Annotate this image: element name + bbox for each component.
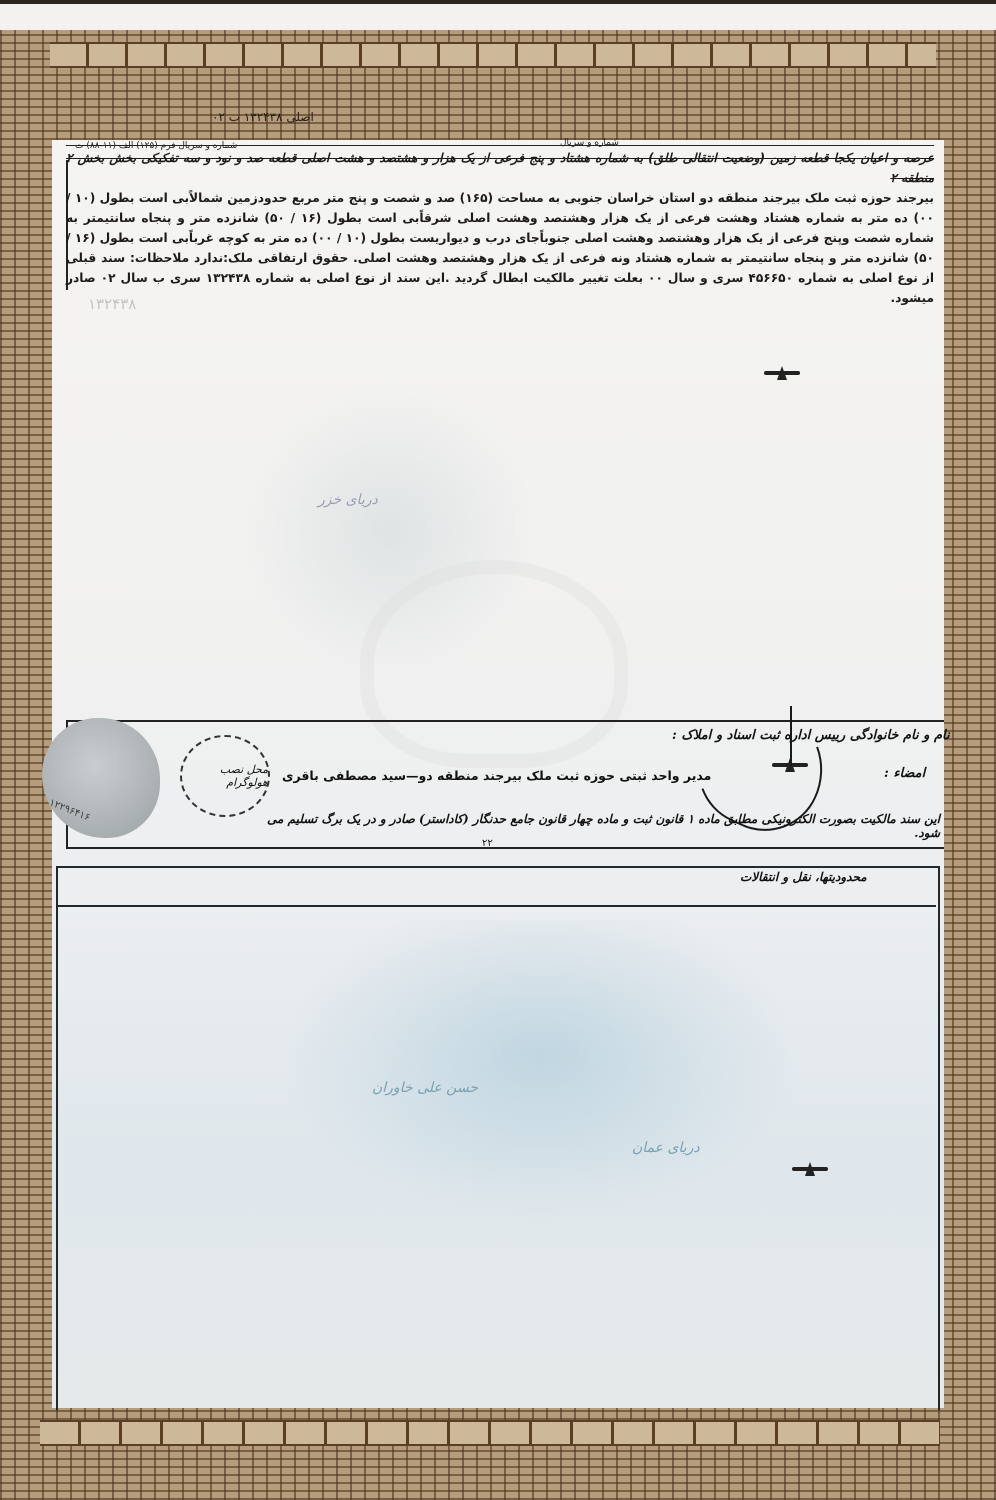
border-band-bottom bbox=[40, 1420, 940, 1446]
transfers-header-rule bbox=[56, 905, 936, 907]
signature-label: امضاء : bbox=[884, 766, 925, 781]
handwritten-note-mid: دریای خزر bbox=[318, 492, 378, 508]
property-boundaries-text: بیرجند حوزه ثبت ملک بیرجند منطقه دو استا… bbox=[66, 188, 934, 308]
hologram-placement-circle: محل نصب هولوگرام bbox=[180, 735, 270, 817]
border-band-top bbox=[50, 42, 936, 68]
struck-header-line: عرصه و اعیان یکجا قطعه زمین (وضعیت انتقا… bbox=[66, 148, 934, 188]
issuance-footer-note: این سند مالکیت بصورت الکترونیکی مطابق ما… bbox=[250, 812, 940, 840]
handwritten-transfer-name: حسن علی خاوران bbox=[372, 1080, 478, 1096]
signature-stroke-vertical bbox=[790, 706, 792, 766]
handwritten-transfer-note: دریای عمان bbox=[632, 1140, 700, 1156]
separator-mark-icon bbox=[792, 1162, 828, 1176]
faint-stamp-number: ۱۳۲۴۳۸ bbox=[88, 295, 136, 313]
property-description: عرصه و اعیان یکجا قطعه زمین (وضعیت انتقا… bbox=[66, 148, 934, 308]
transfers-box bbox=[56, 866, 940, 1410]
hologram-placement-text: محل نصب هولوگرام bbox=[182, 763, 268, 789]
manager-name-line: مدیر واحد ثبتی حوزه ثبت ملک بیرجند منطقه… bbox=[282, 768, 711, 783]
reference-number: اصلی ۱۳۲۴۳۸ ب ۰۲ bbox=[212, 110, 314, 124]
annotation-serial: شماره و سریال bbox=[560, 138, 619, 148]
separator-mark-icon bbox=[764, 366, 800, 380]
transfers-title: محدودیتها، نقل و انتقالات bbox=[740, 870, 867, 884]
photo-top-edge bbox=[0, 0, 996, 30]
page-number: ۲۲ bbox=[482, 838, 493, 849]
